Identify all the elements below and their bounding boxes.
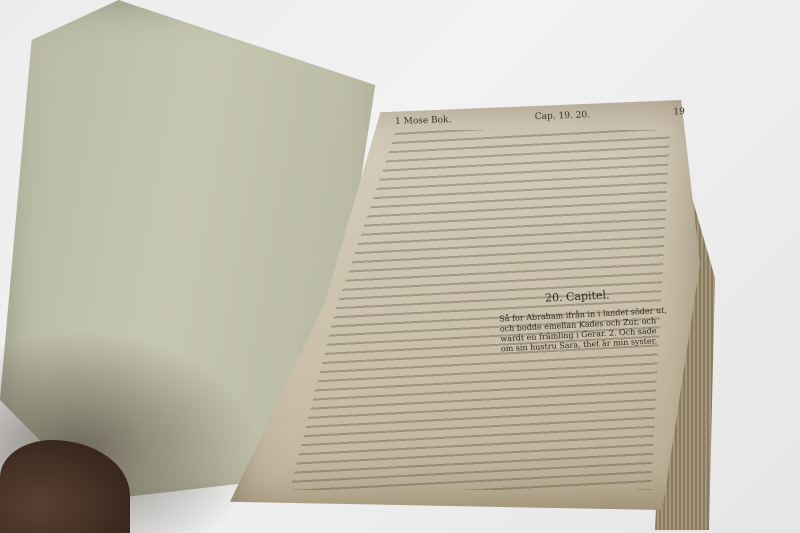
photo-scene: 1 Mose Bok. Cap. 19. 20. 19 20. Capitel.… — [0, 0, 800, 533]
running-head-left: 1 Mose Bok. — [395, 115, 452, 127]
page-number: 19 — [673, 107, 685, 117]
running-head-right: Cap. 19. 20. — [535, 110, 591, 122]
